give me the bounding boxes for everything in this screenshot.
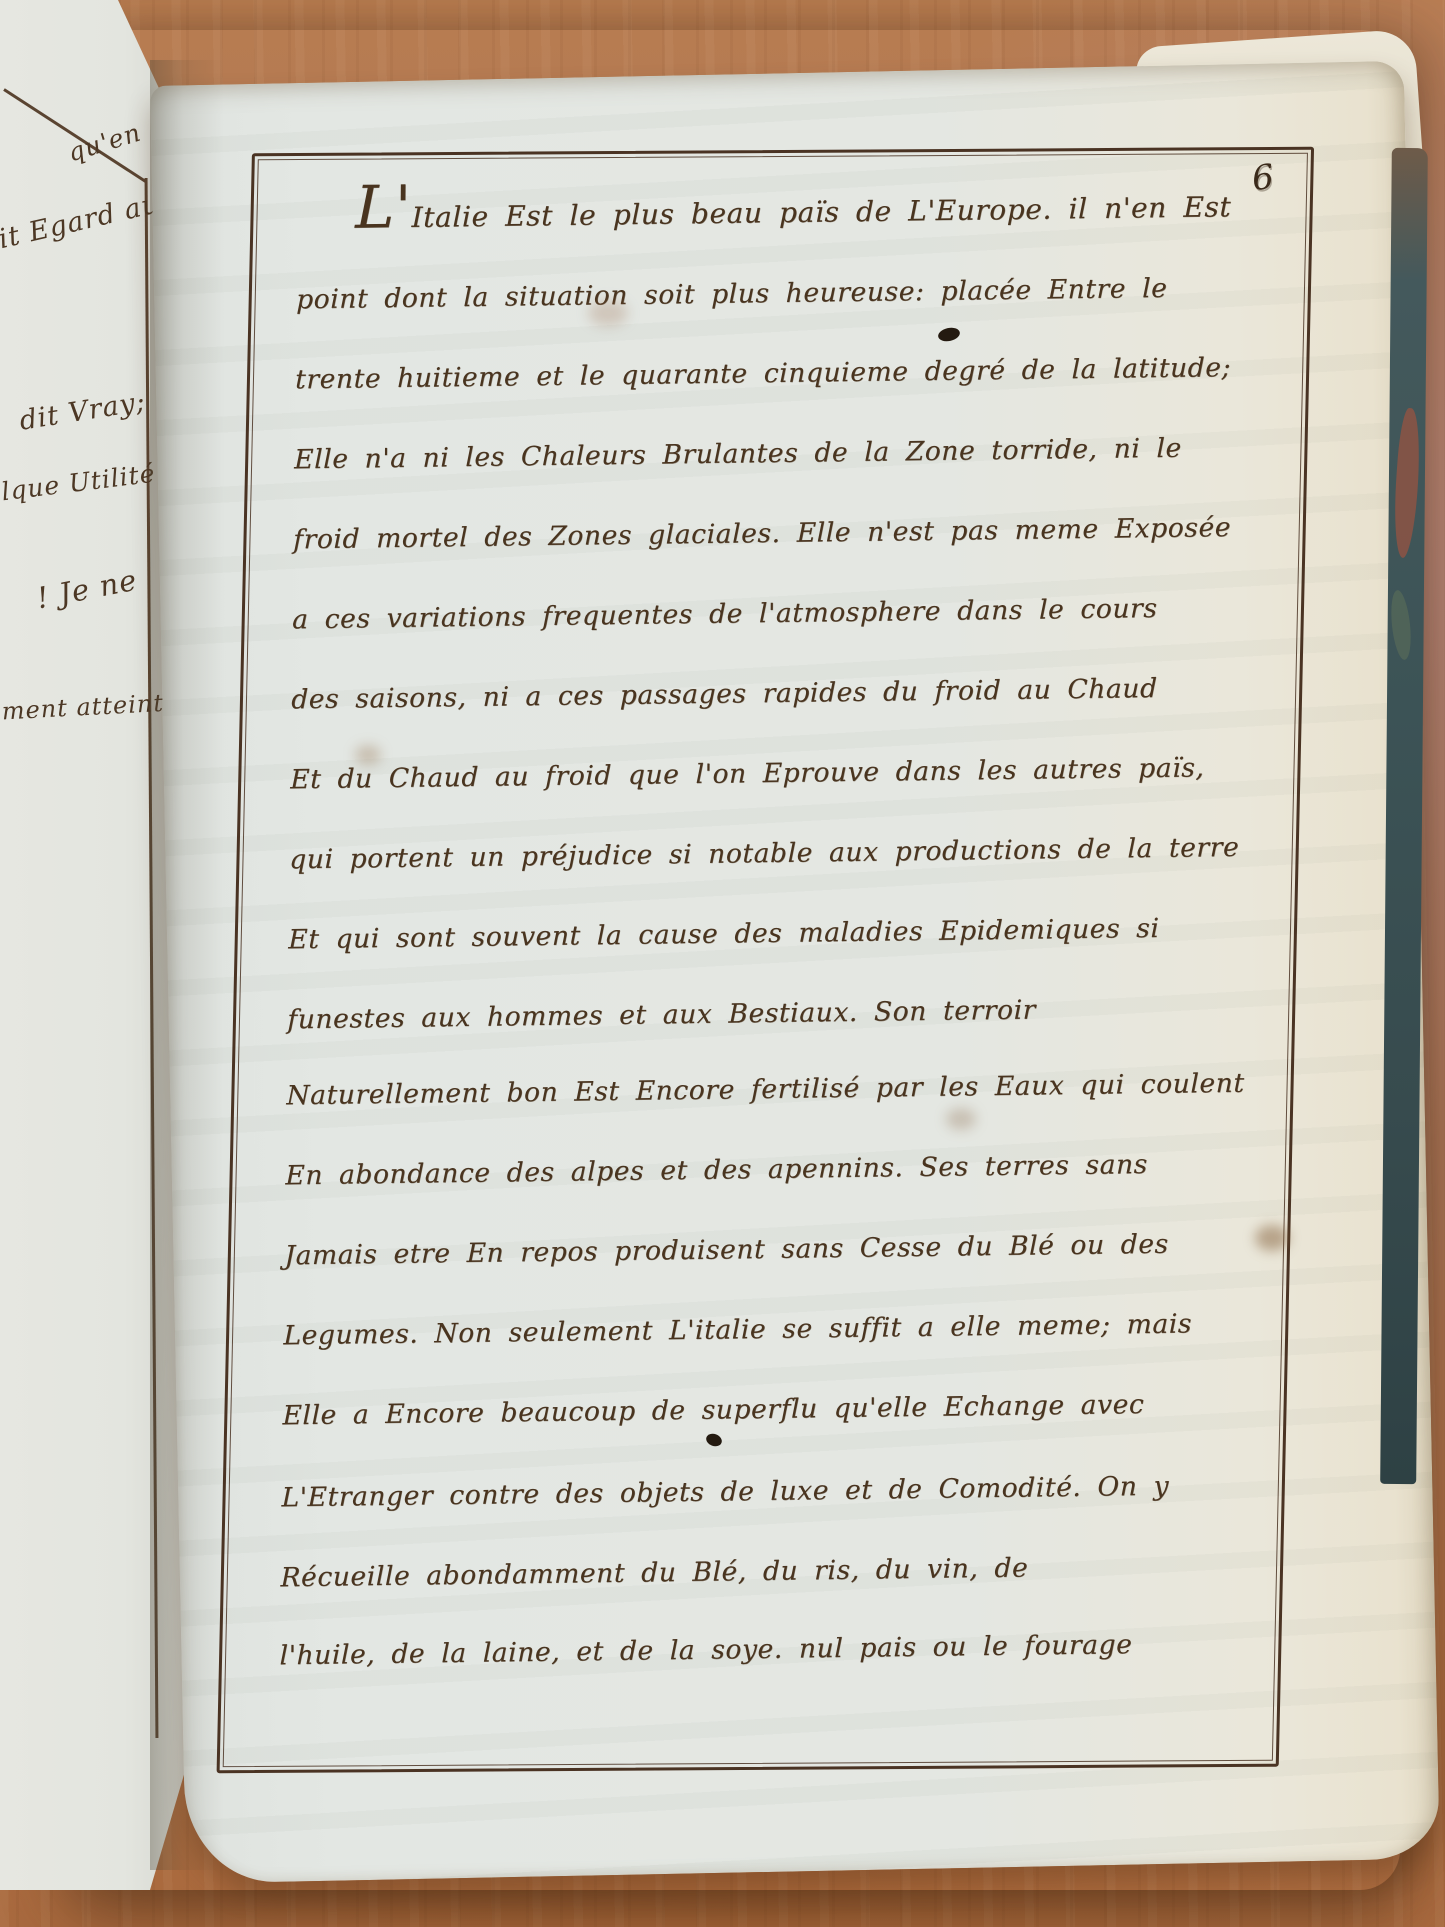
manuscript-text-block: L'Italie Est le plus beau païs de L'Euro…	[248, 146, 1298, 1769]
manuscript-line: Legumes. Non seulement L'italie se suffi…	[283, 1307, 1268, 1351]
manuscript-line: Et du Chaud au froid que l'on Eprouve da…	[290, 751, 1275, 795]
manuscript-line: point dont la situation soit plus heureu…	[296, 271, 1281, 315]
left-page-text-fragment: vement atteint	[0, 689, 165, 727]
manuscript-line: Naturellement bon Est Encore fertilisé p…	[286, 1067, 1271, 1111]
manuscript-line: Et qui sont souvent la cause des maladie…	[288, 911, 1273, 955]
paper-stain	[588, 300, 628, 326]
left-page-text-fragment: oit Egard au	[0, 188, 163, 259]
manuscript-line: Récueille abondamment du Blé, du ris, du…	[280, 1549, 1265, 1593]
paper-stain	[355, 745, 381, 765]
manuscript-line: des saisons, ni a ces passages rapides d…	[291, 671, 1276, 715]
manuscript-line: l'huile, de la laine, et de la soye. nul…	[279, 1627, 1264, 1671]
manuscript-line: qui portent un préjudice si notable aux …	[289, 831, 1274, 875]
left-page-text-fragment: lque Utilité	[0, 459, 157, 507]
manuscript-line: Elle a Encore beaucoup de superflu qu'el…	[282, 1387, 1267, 1431]
manuscript-line: funestes aux hommes et aux Bestiaux. Son…	[287, 991, 1272, 1035]
left-page-text-fragment: qu'en	[65, 118, 145, 168]
manuscript-line: froid mortel des Zones glaciales. Elle n…	[293, 511, 1278, 555]
manuscript-line: L'Italie Est le plus beau païs de L'Euro…	[297, 189, 1340, 236]
manuscript-line: Elle n'a ni les Chaleurs Brulantes de la…	[294, 431, 1279, 475]
manuscript-line: trente huitieme et le quarante cinquieme…	[295, 351, 1280, 395]
manuscript-line: En abondance des alpes et des apennins. …	[285, 1147, 1270, 1191]
left-page-text-fragment: dit Vray;	[17, 386, 148, 437]
left-page-text-fragment: ! Je ne	[34, 563, 140, 616]
paper-stain	[1255, 1225, 1289, 1251]
manuscript-line: Jamais etre En repos produisent sans Ces…	[284, 1227, 1269, 1271]
gutter-shadow	[150, 60, 224, 1870]
manuscript-line: a ces variations frequentes de l'atmosph…	[292, 591, 1277, 635]
manuscript-photo-scene: qu'en oit Egard au dit Vray; lque Utilit…	[0, 0, 1445, 1927]
paper-stain	[946, 1108, 976, 1130]
manuscript-line: L'Etranger contre des objets de luxe et …	[281, 1469, 1266, 1513]
